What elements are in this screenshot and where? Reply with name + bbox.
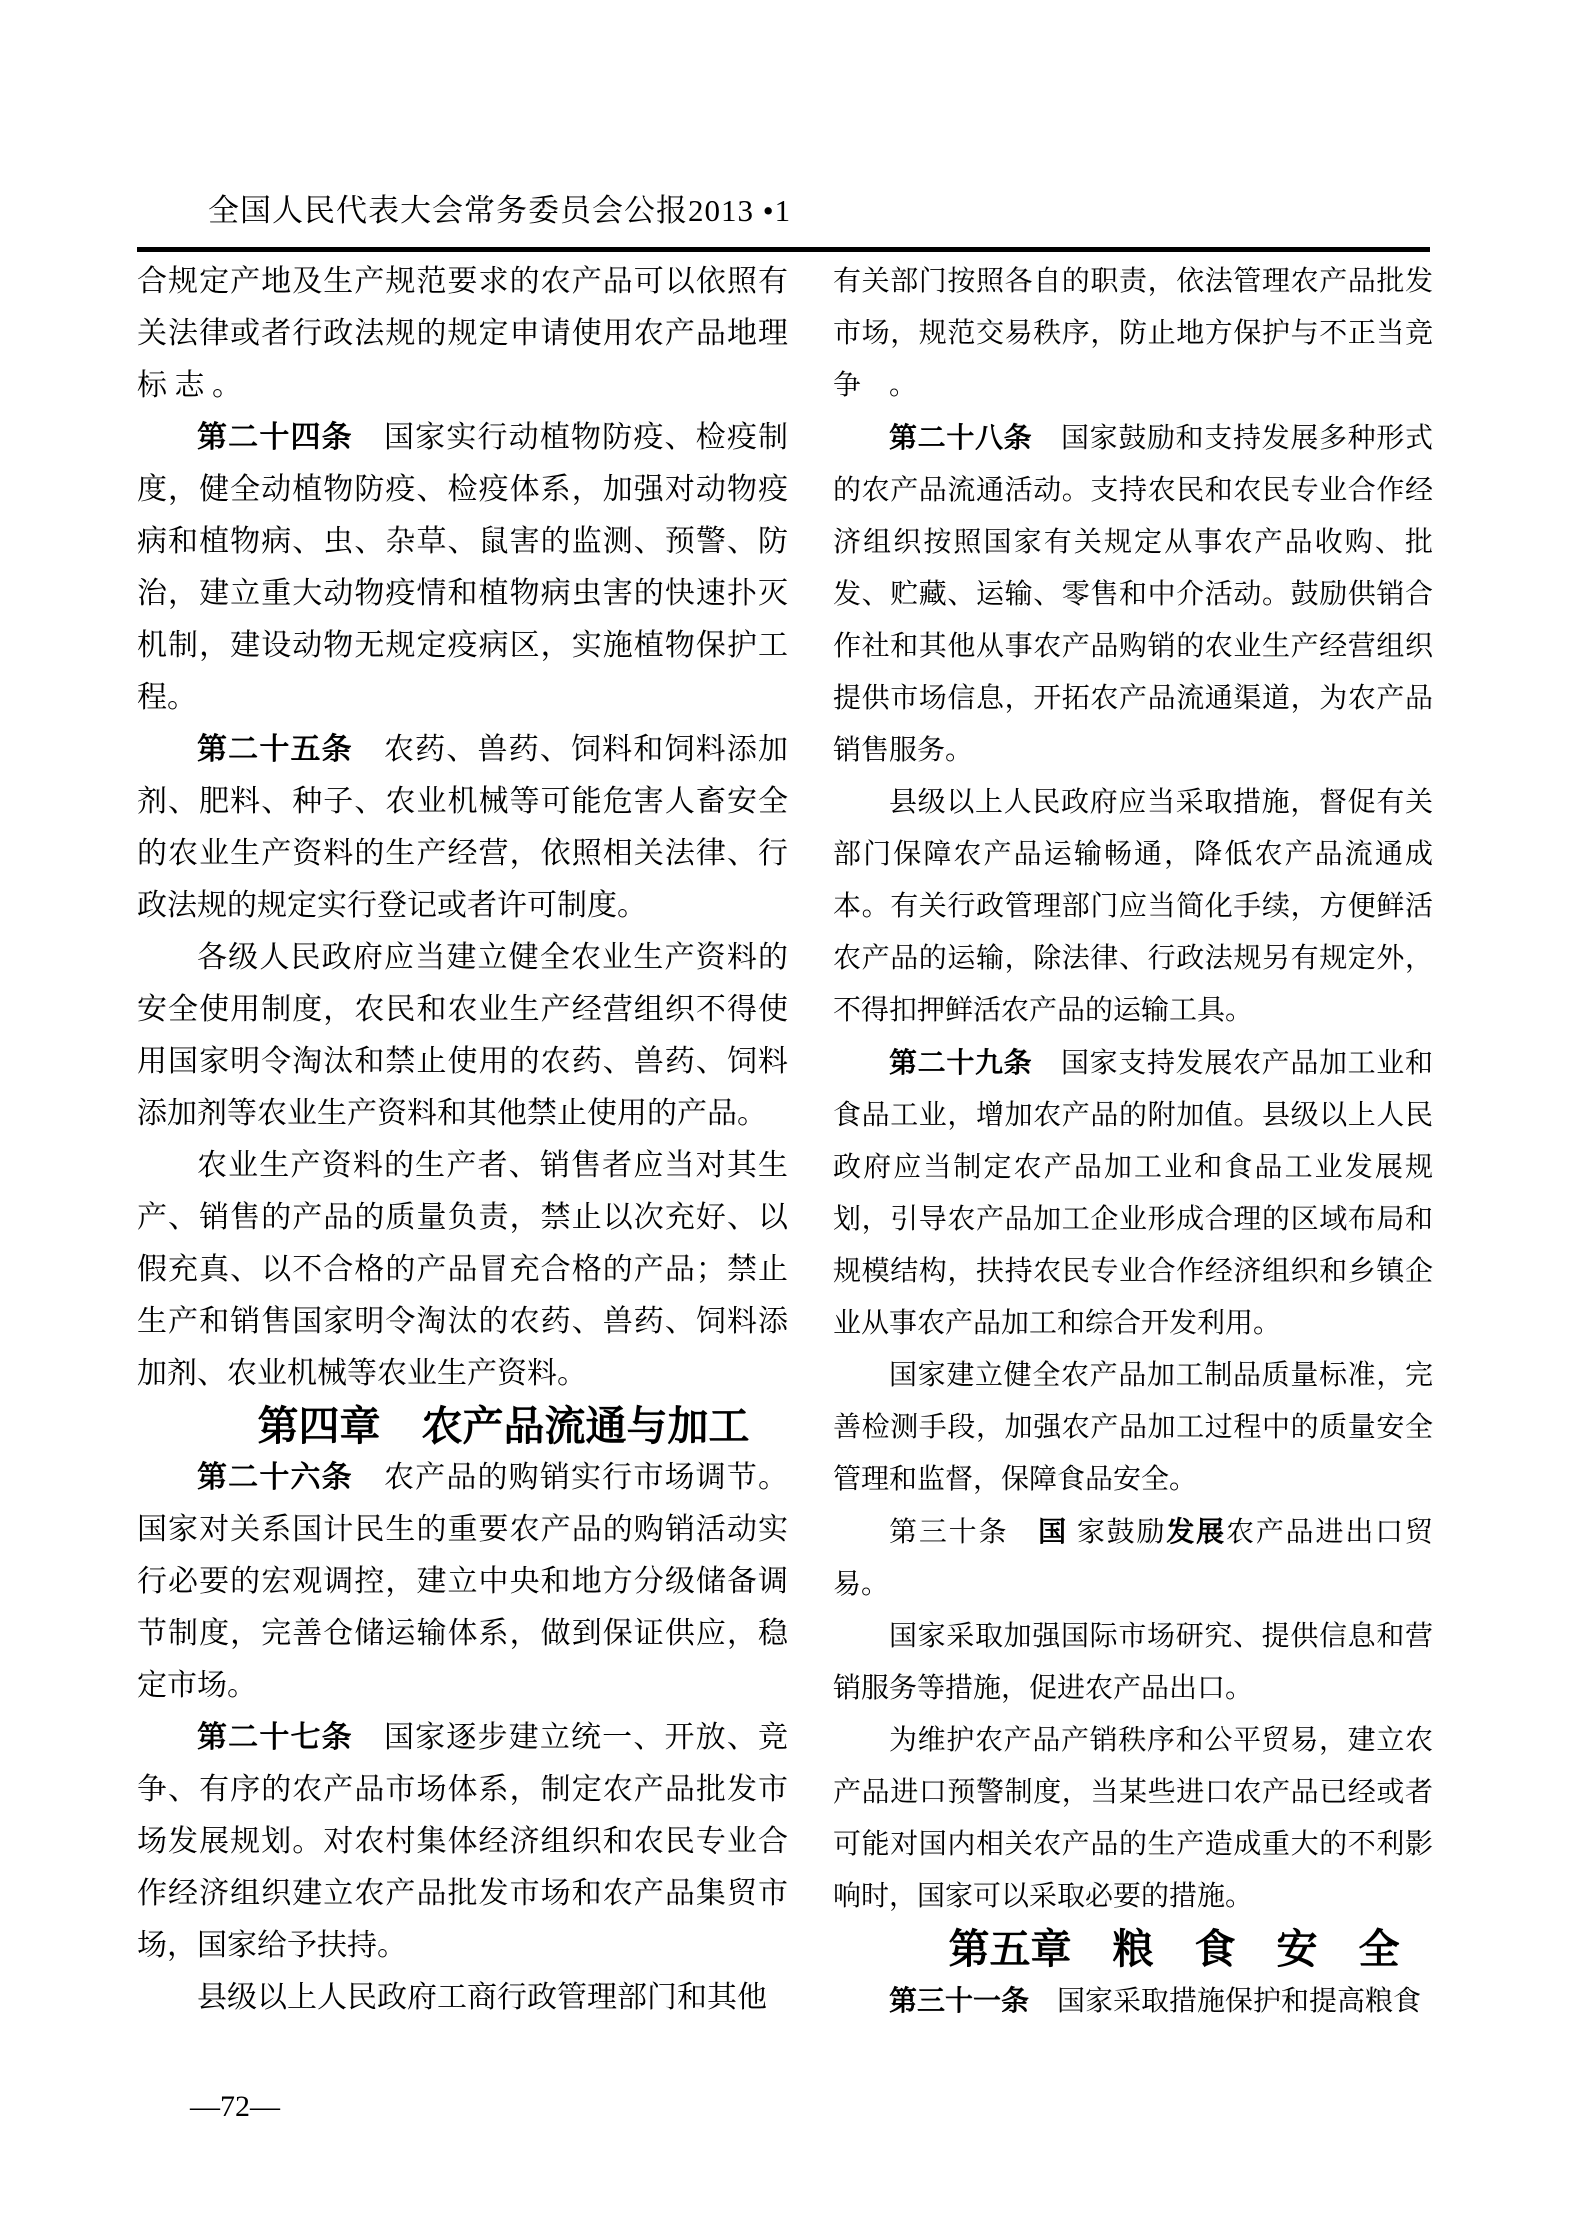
paragraph: 第二十五条 农药、兽药、饲料和饲料添加剂、肥料、种子、农业机械等可能危害人畜安全… [137, 724, 788, 932]
paragraph: 第二十八条 国家鼓励和支持发展多种形式的农产品流通活动。支持农民和农民专业合作经… [833, 412, 1433, 777]
text-run: 有关部门按照各自的职责，依法管理农产品批发市场，规范交易秩序，防止地方保护与不正… [833, 266, 1433, 401]
text-run: 合规定产地及生产规范要求的农产品可以依照有关法律或者行政法规的规定申请使用农产品… [137, 265, 788, 402]
bold-text-run: 第三十一条 [889, 1985, 1029, 2016]
left-column: 合规定产地及生产规范要求的农产品可以依照有关法律或者行政法规的规定申请使用农产品… [137, 256, 788, 2024]
text-run: 家鼓励 [1068, 1517, 1166, 1548]
text-run: 国家支持发展农产品加工业和食品工业，增加农产品的附加值。县级以上人民政府应当制定… [833, 1048, 1433, 1339]
paragraph: 农业生产资料的生产者、销售者应当对其生产、销售的产品的质量负责，禁止以次充好、以… [137, 1140, 788, 1400]
paragraph: 国家采取加强国际市场研究、提供信息和营销服务等措施，促进农产品出口。 [833, 1611, 1433, 1715]
text-run: 农产品的购销实行市场调节。国家对关系国计民生的重要农产品的购销活动实行必要的宏观… [137, 1461, 788, 1702]
paragraph: 第三十一条 国家采取措施保护和提高粮食 [833, 1975, 1433, 2028]
paragraph: 第二十九条 国家支持发展农产品加工业和食品工业，增加农产品的附加值。县级以上人民… [833, 1037, 1433, 1350]
bold-text-run: 第二十五条 [197, 733, 353, 766]
header-rule [137, 247, 1430, 252]
text-run: 农业生产资料的生产者、销售者应当对其生产、销售的产品的质量负责，禁止以次充好、以… [137, 1149, 788, 1390]
bold-text-run: 第二十六条 [197, 1461, 353, 1494]
text-run: 第三十条 [889, 1517, 1038, 1548]
right-column: 有关部门按照各自的职责，依法管理农产品批发市场，规范交易秩序，防止地方保护与不正… [833, 256, 1433, 2028]
text-run: 国家采取措施保护和提高粮食 [1029, 1986, 1421, 2017]
bold-text-run: 国 [1038, 1516, 1068, 1547]
text-run: 为维护农产品产销秩序和公平贸易，建立农产品进口预警制度，当某些进口农产品已经或者… [833, 1725, 1433, 1912]
text-run: 国家实行动植物防疫、检疫制度，健全动植物防疫、检疫体系，加强对动物疫病和植物病、… [137, 421, 788, 714]
paragraph: 县级以上人民政府工商行政管理部门和其他 [137, 1972, 788, 2024]
paragraph: 第二十六条 农产品的购销实行市场调节。国家对关系国计民生的重要农产品的购销活动实… [137, 1452, 788, 1712]
paragraph: 第二十四条 国家实行动植物防疫、检疫制度，健全动植物防疫、检疫体系，加强对动物疫… [137, 412, 788, 724]
text-run: 国家鼓励和支持发展多种形式的农产品流通活动。支持农民和农民专业合作经济组织按照国… [833, 423, 1433, 766]
chapter-heading-4: 第四章 农产品流通与加工 [137, 1400, 788, 1452]
paragraph: 县级以上人民政府应当采取措施，督促有关部门保障农产品运输畅通，降低农产品流通成本… [833, 777, 1433, 1037]
page-header-title: 全国人民代表大会常务委员会公报2013 •1 [208, 190, 791, 232]
bold-text-run: 第二十四条 [197, 421, 353, 454]
text-run: 国家逐步建立统一、开放、竞争、有序的农产品市场体系，制定农产品批发市场发展规划。… [137, 1721, 788, 1962]
text-run: 国家采取加强国际市场研究、提供信息和营销服务等措施，促进农产品出口。 [833, 1621, 1433, 1704]
bold-text-run: 第二十八条 [889, 422, 1032, 453]
page-number: —72— [190, 2086, 280, 2128]
document-page: 全国人民代表大会常务委员会公报2013 •1 合规定产地及生产规范要求的农产品可… [0, 0, 1587, 2229]
bold-text-run: 发展 [1166, 1516, 1226, 1547]
text-run: 国家建立健全农产品加工制品质量标准，完善检测手段，加强农产品加工过程中的质量安全… [833, 1360, 1433, 1495]
paragraph: 第三十条 国 家鼓励发展农产品进出口贸易。 [833, 1506, 1433, 1611]
paragraph: 国家建立健全农产品加工制品质量标准，完善检测手段，加强农产品加工过程中的质量安全… [833, 1350, 1433, 1506]
chapter-heading-5: 第五章 粮 食 安 全 [833, 1923, 1433, 1975]
paragraph: 合规定产地及生产规范要求的农产品可以依照有关法律或者行政法规的规定申请使用农产品… [137, 256, 788, 412]
bold-text-run: 第二十七条 [197, 1721, 353, 1754]
text-run: 县级以上人民政府应当采取措施，督促有关部门保障农产品运输畅通，降低农产品流通成本… [833, 787, 1433, 1026]
bold-text-run: 第二十九条 [889, 1047, 1032, 1078]
paragraph: 为维护农产品产销秩序和公平贸易，建立农产品进口预警制度，当某些进口农产品已经或者… [833, 1715, 1433, 1923]
text-run: 各级人民政府应当建立健全农业生产资料的安全使用制度，农民和农业生产经营组织不得使… [137, 941, 788, 1130]
paragraph: 第二十七条 国家逐步建立统一、开放、竞争、有序的农产品市场体系，制定农产品批发市… [137, 1712, 788, 1972]
paragraph: 有关部门按照各自的职责，依法管理农产品批发市场，规范交易秩序，防止地方保护与不正… [833, 256, 1433, 412]
paragraph: 各级人民政府应当建立健全农业生产资料的安全使用制度，农民和农业生产经营组织不得使… [137, 932, 788, 1140]
text-run: 县级以上人民政府工商行政管理部门和其他 [197, 1981, 767, 2014]
